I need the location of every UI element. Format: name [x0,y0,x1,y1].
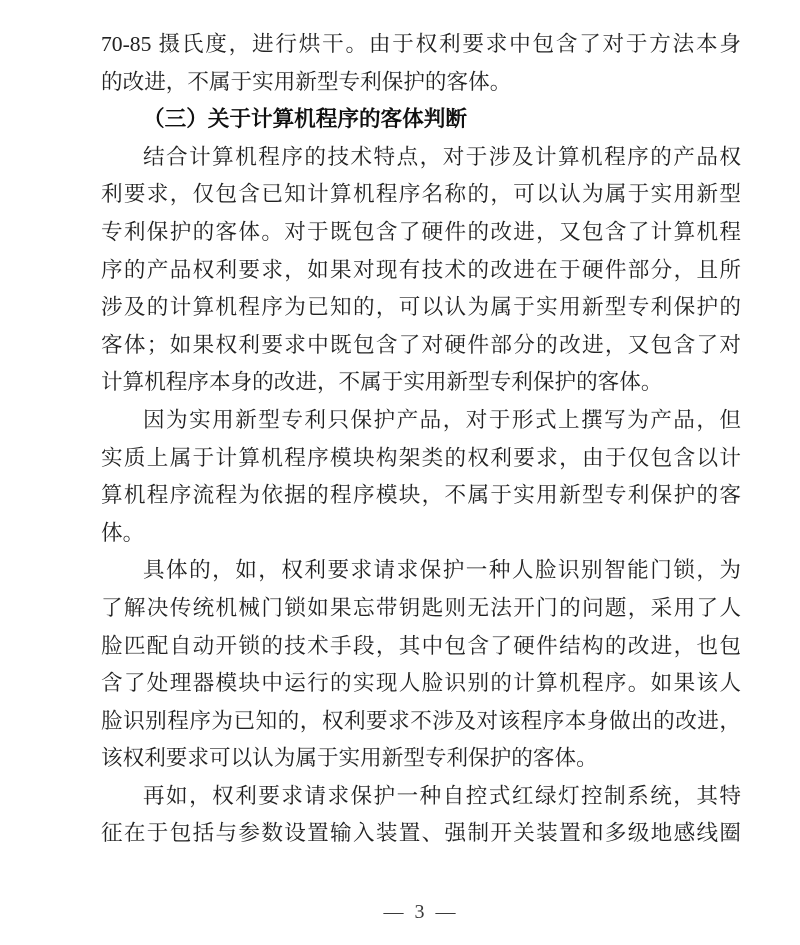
text-line: 的改进，不属于实用新型专利保护的客体。 [101,64,741,102]
text-line: 结合计算机程序的技术特点，对于涉及计算机程序的产品权 [101,139,741,177]
page-number: — 3 — [101,899,741,925]
text-line: 了解决传统机械门锁如果忘带钥匙则无法开门的问题，采用了人 [101,590,741,628]
text-line: 再如，权利要求请求保护一种自控式红绿灯控制系统，其特 [101,778,741,816]
document-page: 70-85 摄氏度，进行烘干。由于权利要求中包含了对于方法本身 的改进，不属于实… [0,0,800,945]
text-line: 涉及的计算机程序为已知的，可以认为属于实用新型专利保护的 [101,289,741,327]
text-line: 利要求，仅包含已知计算机程序名称的，可以认为属于实用新型 [101,176,741,214]
text-line: 具体的，如，权利要求请求保护一种人脸识别智能门锁，为 [101,552,741,590]
text-line: 该权利要求可以认为属于实用新型专利保护的客体。 [101,740,741,778]
text-line: 征在于包括与参数设置输入装置、强制开关装置和多级地感线圈 [101,815,741,853]
text-line: 专利保护的客体。对于既包含了硬件的改进，又包含了计算机程 [101,214,741,252]
text-line: 因为实用新型专利只保护产品，对于形式上撰写为产品，但 [101,402,741,440]
text-line: 70-85 摄氏度，进行烘干。由于权利要求中包含了对于方法本身 [101,26,741,64]
text-line: 计算机程序本身的改进，不属于实用新型专利保护的客体。 [101,364,741,402]
text-line: 序的产品权利要求，如果对现有技术的改进在于硬件部分，且所 [101,252,741,290]
text-line: 含了处理器模块中运行的实现人脸识别的计算机程序。如果该人 [101,665,741,703]
text-line: 客体；如果权利要求中既包含了对硬件部分的改进，又包含了对 [101,327,741,365]
text-line: 脸匹配自动开锁的技术手段，其中包含了硬件结构的改进，也包 [101,628,741,666]
section-heading: （三）关于计算机程序的客体判断 [101,101,741,139]
text-line: 实质上属于计算机程序模块构架类的权利要求，由于仅包含以计 [101,440,741,478]
text-line: 体。 [101,515,741,553]
text-line: 脸识别程序为已知的，权利要求不涉及对该程序本身做出的改进， [101,703,741,741]
text-line: 算机程序流程为依据的程序模块，不属于实用新型专利保护的客 [101,477,741,515]
